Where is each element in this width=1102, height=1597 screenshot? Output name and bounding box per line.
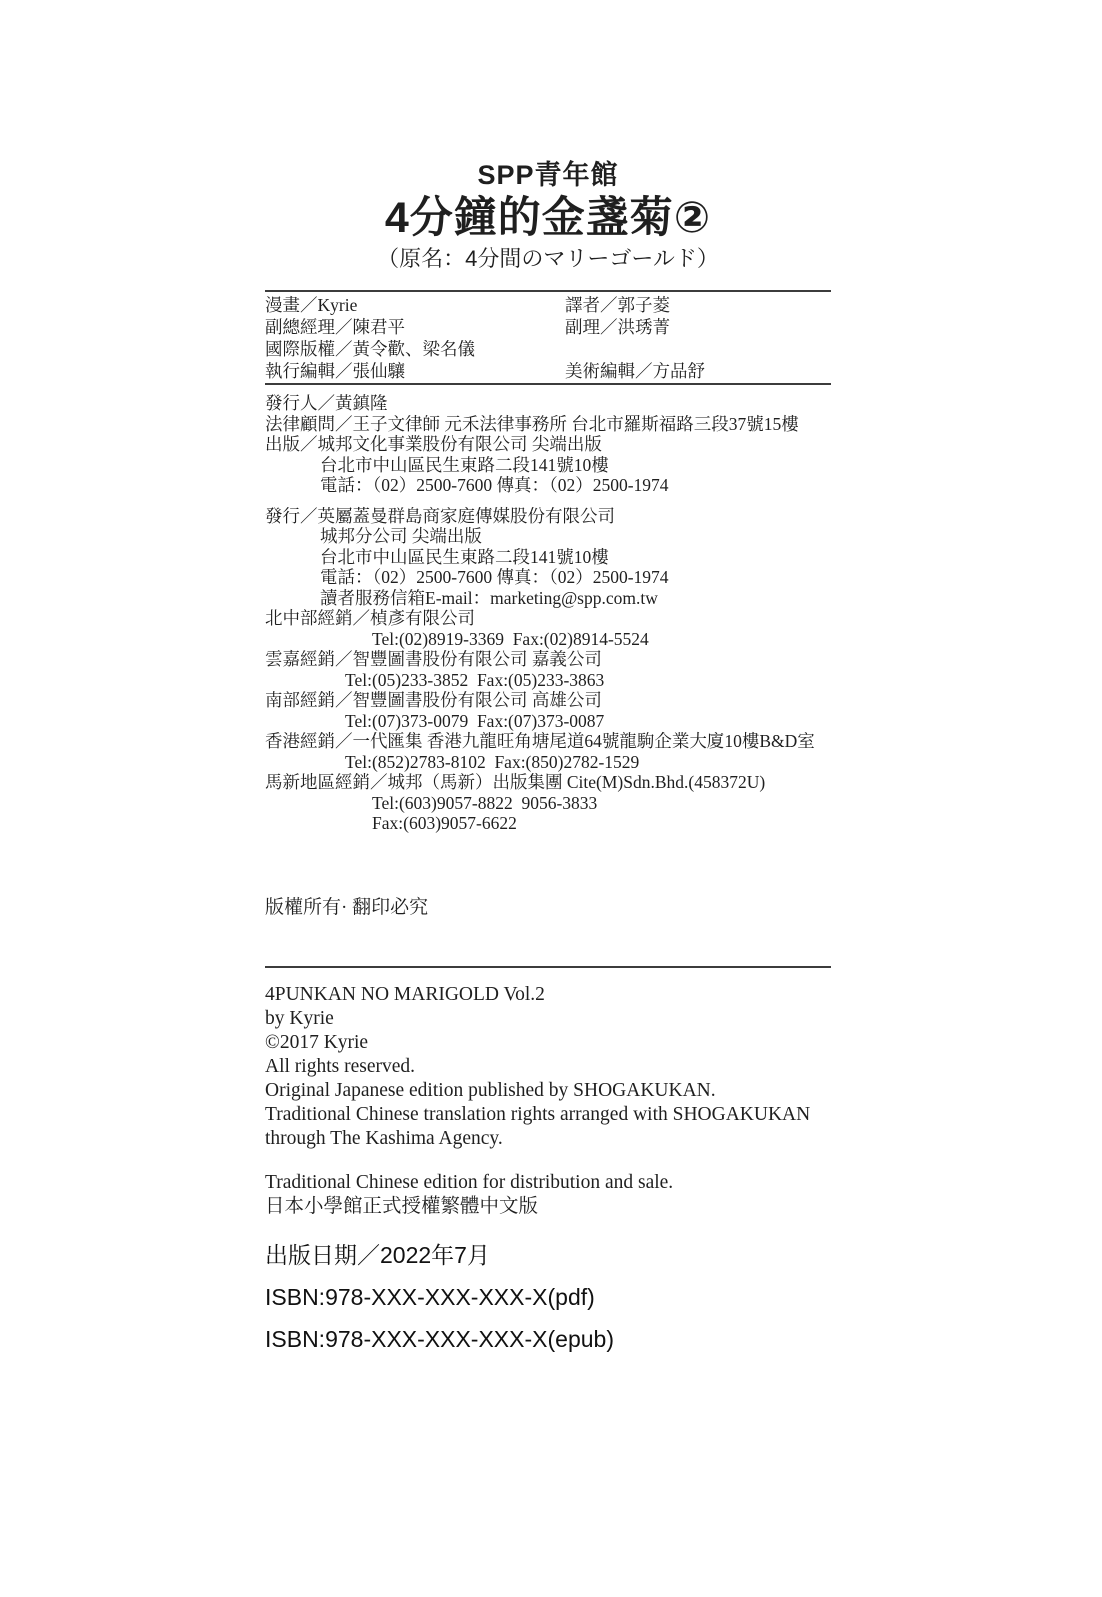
issuer-line: 發行／英屬蓋曼群島商家庭傳媒股份有限公司 [265,506,831,527]
divider-below-credits [265,383,831,385]
credits-row: 副總經理／陳君平 副理／洪琇菁 [265,316,831,338]
imprint-label: SPP青年館 [265,158,831,192]
hongkong-dist-phone: Tel:(852)2783-8102 Fax:(850)2782-1529 [265,752,831,773]
distribution-line: Traditional Chinese edition for distribu… [265,1171,831,1195]
publisher-line: 發行人／黃鎮隆 [265,393,831,414]
south-dist-line: 南部經銷／智豐圖書股份有限公司 高雄公司 [265,690,831,711]
credit-deputy-mgr: 副理／洪琇菁 [565,316,831,338]
legal-advisor-line: 法律顧問／王子文律師 元禾法律事務所 台北市羅斯福路三段37號15樓 [265,414,831,435]
south-dist-phone: Tel:(07)373-0079 Fax:(07)373-0087 [265,711,831,732]
translation-rights-line-1: Traditional Chinese translation rights a… [265,1103,831,1127]
reader-email-line: 讀者服務信箱E-mail：marketing@spp.com.tw [265,588,831,609]
publisher-info: 發行人／黃鎮隆 法律顧問／王子文律師 元禾法律事務所 台北市羅斯福路三段37號1… [265,393,831,834]
credit-empty [565,338,831,360]
credit-intl-rights: 國際版權／黃令歡、梁名儀 [265,338,565,360]
credit-exec-editor: 執行編輯／張仙驤 [265,360,565,382]
author-line: by Kyrie [265,1007,831,1031]
malaysia-dist-fax: Fax:(603)9057-6622 [265,813,831,834]
licensed-edition-line: 日本小學館正式授權繁體中文版 [265,1195,831,1219]
staff-credits: 漫畫／Kyrie 譯者／郭子菱 副總經理／陳君平 副理／洪琇菁 國際版權／黃令歡… [265,294,831,382]
divider-above-rights [265,966,831,968]
malaysia-dist-line: 馬新地區經銷／城邦（馬新）出版集團 Cite(M)Sdn.Bhd.(458372… [265,772,831,793]
isbn-pdf: ISBN:978-XXX-XXX-XXX-X(pdf) [265,1282,831,1312]
credit-art-editor: 美術編輯／方品舒 [565,360,831,382]
copyright-year-line: ©2017 Kyrie [265,1031,831,1055]
yunjia-dist-phone: Tel:(05)233-3852 Fax:(05)233-3863 [265,670,831,691]
colophon-page: SPP青年館 4分鐘的金盞菊② （原名：4分間のマリーゴールド） 漫畫／Kyri… [0,0,1102,1597]
credits-row: 漫畫／Kyrie 譯者／郭子菱 [265,294,831,316]
malaysia-dist-phone: Tel:(603)9057-8822 9056-3833 [265,793,831,814]
block-spacer [265,496,831,506]
translation-rights-line-2: through The Kashima Agency. [265,1127,831,1151]
publisher-phone-line: 電話：（02）2500-7600 傳真：（02）2500-1974 [265,475,831,496]
copyright-notice: 版權所有· 翻印必究 [265,896,831,920]
credits-row: 國際版權／黃令歡、梁名儀 [265,338,831,360]
credit-translator: 譯者／郭子菱 [565,294,831,316]
credit-deputy-gm: 副總經理／陳君平 [265,316,565,338]
divider-above-credits [265,290,831,292]
hongkong-dist-line: 香港經銷／一代匯集 香港九龍旺角塘尾道64號龍駒企業大廈10樓B&D室 [265,731,831,752]
original-work-title: 4PUNKAN NO MARIGOLD Vol.2 [265,983,831,1007]
all-rights-line: All rights reserved. [265,1055,831,1079]
original-title: （原名：4分間のマリーゴールド） [265,244,831,274]
book-title: 4分鐘的金盞菊② [265,192,831,244]
publication-info: 出版日期／2022年7月 ISBN:978-XXX-XXX-XXX-X(pdf)… [265,1240,831,1354]
block-spacer [265,1151,831,1171]
credit-manga: 漫畫／Kyrie [265,294,565,316]
issuer-address-line: 台北市中山區民生東路二段141號10樓 [265,547,831,568]
isbn-epub: ISBN:978-XXX-XXX-XXX-X(epub) [265,1324,831,1354]
publisher-company-line: 出版／城邦文化事業股份有限公司 尖端出版 [265,434,831,455]
north-central-dist-phone: Tel:(02)8919-3369 Fax:(02)8914-5524 [265,629,831,650]
original-edition-line: Original Japanese edition published by S… [265,1079,831,1103]
publisher-address-line: 台北市中山區民生東路二段141號10樓 [265,455,831,476]
north-central-dist-line: 北中部經銷／楨彥有限公司 [265,608,831,629]
rights-statement: 4PUNKAN NO MARIGOLD Vol.2 by Kyrie ©2017… [265,983,831,1219]
credits-row: 執行編輯／張仙驤 美術編輯／方品舒 [265,360,831,382]
title-block: SPP青年館 4分鐘的金盞菊② （原名：4分間のマリーゴールド） [265,158,831,274]
issuer-branch-line: 城邦分公司 尖端出版 [265,526,831,547]
yunjia-dist-line: 雲嘉經銷／智豐圖書股份有限公司 嘉義公司 [265,649,831,670]
publication-date: 出版日期／2022年7月 [265,1240,831,1270]
issuer-phone-line: 電話：（02）2500-7600 傳真：（02）2500-1974 [265,567,831,588]
